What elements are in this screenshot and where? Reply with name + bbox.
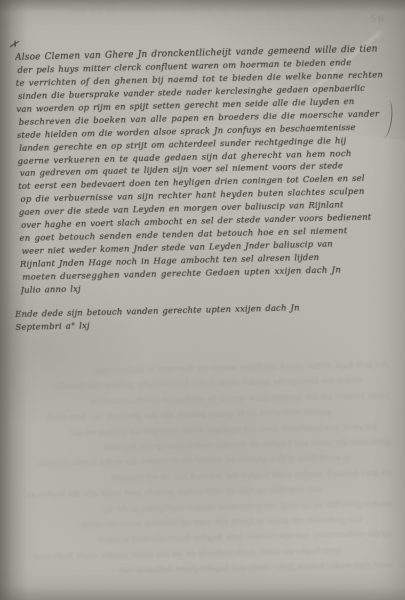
- manuscript-scan: beschreven die boeken van alle papen en …: [0, 0, 405, 600]
- margin-ink-mark: ✗: [8, 37, 20, 52]
- folio-number: 56: [371, 15, 386, 25]
- postscript-entry: Ende dede sijn betouch vanden gerechte u…: [15, 300, 394, 335]
- verso-showthrough-top: beschreven die boeken van alle papen en …: [66, 5, 326, 19]
- main-entry: Alsoe Clemen van Ghere Jn dronckentliche…: [15, 43, 399, 298]
- verso-showthrough: der pels huys mitter clerck confluent wa…: [18, 357, 393, 581]
- bottom-edge-shadow: [0, 586, 405, 600]
